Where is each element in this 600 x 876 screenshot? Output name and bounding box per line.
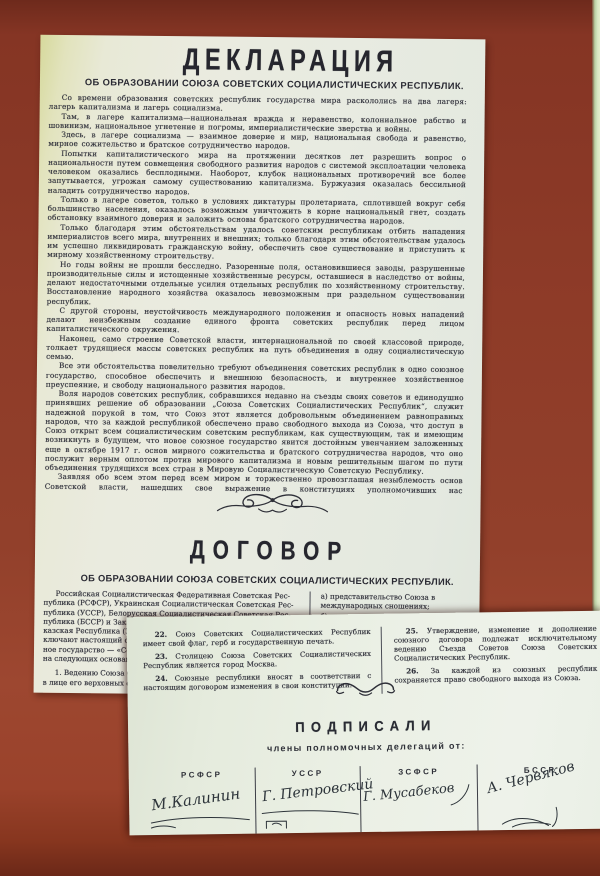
clause: 22. Союз Советских Социалистических Респ… (143, 627, 371, 648)
treaty-clause: а) представительство Союза в международн… (320, 592, 471, 612)
declaration-page: ДЕКЛАРАЦИЯ ОБ ОБРАЗОВАНИИ СОЮЗА СОВЕТСКИ… (34, 35, 486, 698)
treaty-title: ДОГОВОР (91, 533, 447, 568)
declaration-title: ДЕКЛАРАЦИЯ (117, 42, 464, 80)
declaration-paragraph: Наконец, само строение Советской власти,… (46, 333, 464, 365)
scroll-ornament-icon (333, 678, 397, 699)
flourish-ornament-icon (213, 491, 331, 516)
delegations-row: РСФСР М.Калинин УССР Г. Петровский ЗСФСР… (149, 763, 600, 835)
clause-number: 25. (406, 626, 418, 635)
signed-subheading: члены полномочных делегаций от: (128, 739, 600, 756)
delegation-column-bssr: БССР А. Червяков (477, 763, 600, 831)
declaration-paragraph: Попытки капиталистического мира на протя… (48, 148, 466, 199)
declaration-paragraph: Только благодаря этим обстоятельствам уд… (47, 222, 465, 263)
clause-text: Союз Советских Социалистических Республи… (143, 627, 371, 648)
clause: 25. Утверждение, изменение и дополнение … (394, 624, 597, 663)
clauses-right-column: 25. Утверждение, изменение и дополнение … (381, 624, 598, 694)
film-edge-strip (592, 0, 600, 640)
treaty-subtitle: ОБ ОБРАЗОВАНИИ СОЮЗА СОВЕТСКИХ СОЦИАЛИСТ… (45, 573, 490, 588)
delegation-column-rsfsr: РСФСР М.Калинин (149, 768, 256, 835)
clause-number: 26. (406, 667, 418, 676)
signed-heading: ПОДПИСАЛИ (147, 715, 585, 737)
declaration-paragraph: Все эти обстоятельства повелительно треб… (46, 361, 464, 393)
declaration-paragraph: Только в лагере советов, только в услови… (47, 195, 465, 227)
signature-page: 22. Союз Советских Социалистических Респ… (127, 611, 600, 836)
republic-label: ЗСФСР (361, 766, 477, 777)
republic-label: УССР (256, 768, 360, 778)
signature-chervyakov: А. Червяков (485, 758, 576, 796)
declaration-paragraph: Воля народов советских республик, собрав… (45, 389, 464, 477)
delegation-column-zsfsr: ЗСФСР Г. Мусабеков (360, 764, 478, 832)
declaration-paragraph: Но годы войны не прошли бесследно. Разор… (47, 259, 465, 310)
delegation-column-ussr: УССР Г. Петровский (255, 766, 361, 833)
clause-number: 23. (155, 652, 167, 661)
clause-number: 24. (155, 674, 167, 683)
clause-number: 22. (155, 630, 167, 639)
signature-musabekov: Г. Мусабеков (362, 781, 455, 805)
clause-text: За каждой из союзных республик сохраняет… (394, 664, 597, 685)
clause: 23. Столицею Союза Советских Социалистич… (143, 649, 371, 670)
declaration-paragraph: С другой стороны, неустойчивость междуна… (46, 306, 464, 338)
signature-kalinin: М.Калинин (150, 784, 241, 814)
signature-petrovsky: Г. Петровский (261, 776, 374, 805)
clause-text: Столицею Союза Советских Социалистически… (143, 649, 371, 670)
clause: 26. За каждой из союзных республик сохра… (394, 664, 597, 685)
declaration-body: Со времени образования советских республ… (45, 93, 467, 495)
clause-text: Утверждение, изменение и дополнение союз… (394, 624, 597, 663)
republic-label: РСФСР (149, 770, 255, 780)
